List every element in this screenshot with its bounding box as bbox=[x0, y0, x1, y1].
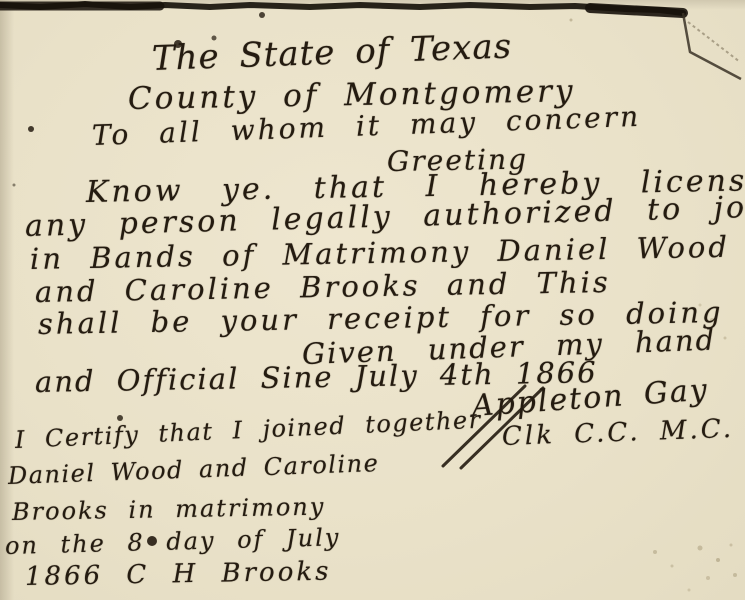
ink-blot bbox=[28, 126, 34, 132]
signature-c-h-brooks: 1866 C H Brooks bbox=[25, 559, 332, 590]
ink-blot bbox=[13, 184, 16, 187]
line-brooks-matrimony: Brooks in matrimony bbox=[12, 495, 326, 524]
top-edge-scan-line-right bbox=[590, 8, 683, 13]
folded-corner-top-right bbox=[683, 13, 741, 79]
ink-blot bbox=[259, 12, 265, 18]
ink-blot bbox=[117, 415, 123, 421]
signature-clerk-title: Clk C.C. M.C. bbox=[502, 416, 735, 450]
scanned-document-page: The State of Texas County of Montgomery … bbox=[0, 0, 745, 600]
